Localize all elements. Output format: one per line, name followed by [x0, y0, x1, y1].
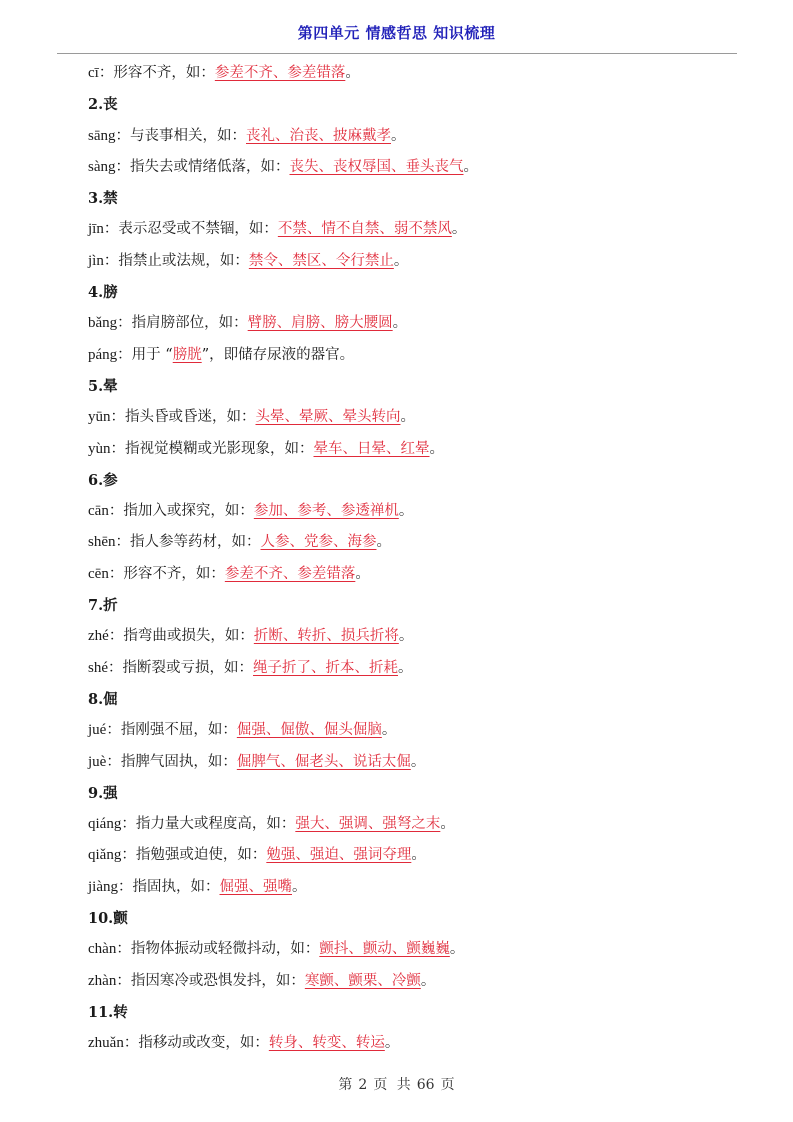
reading-line: sāng：与丧事相关，如：丧礼、治丧、披麻戴孝。: [88, 123, 728, 154]
line-end: 。: [382, 722, 397, 738]
definition: ：指移动或改变，如：: [124, 1035, 269, 1051]
entry-heading: 11.转: [88, 999, 728, 1030]
entry-heading: 6.参: [88, 467, 728, 498]
entry-heading: 4.膀: [88, 279, 728, 310]
examples: 头晕、晕厥、晕头转向: [256, 409, 401, 425]
definition: ：形容不齐，如：: [109, 566, 225, 582]
line-end: 。: [411, 847, 426, 863]
definition: ：指勉强或迫使，如：: [121, 847, 266, 863]
entry-heading: 8.倔: [88, 686, 728, 717]
reading-line: jiàng：指固执，如：倔强、强嘴。: [88, 874, 728, 905]
pinyin: sāng: [88, 128, 116, 144]
examples: 转身、转变、转运: [269, 1035, 385, 1051]
definition: ：指视觉模糊或光影现象，如：: [111, 441, 314, 457]
examples: 颤抖、颤动、颤巍巍: [319, 941, 450, 957]
pinyin: páng: [88, 347, 117, 363]
definition: ：指力量大或程度高，如：: [121, 816, 295, 832]
reading-line: cān：指加入或探究，如：参加、参考、参透禅机。: [88, 498, 728, 529]
pinyin: yùn: [88, 441, 111, 457]
pinyin: jiàng: [88, 879, 118, 895]
examples: 晕车、日晕、红晕: [314, 441, 430, 457]
reading-line: shēn：指人参等药材，如：人参、党参、海参。: [88, 529, 728, 560]
examples: 参加、参考、参透禅机: [254, 503, 399, 519]
reading-line: chàn：指物体振动或轻微抖动，如：颤抖、颤动、颤巍巍。: [88, 936, 728, 967]
current-page: 2: [358, 1077, 367, 1093]
reading-line: yūn：指头昏或昏迷，如：头晕、晕厥、晕头转向。: [88, 404, 728, 435]
definition: ：指头昏或昏迷，如：: [111, 409, 256, 425]
definition: ：指脾气固执，如：: [106, 754, 237, 770]
definition: ：指物体振动或轻微抖动，如：: [116, 941, 319, 957]
pinyin: cān: [88, 503, 109, 519]
footer-suffix: 页: [441, 1077, 455, 1093]
examples: 强大、强调、强弩之末: [295, 816, 440, 832]
entry-heading: 7.折: [88, 592, 728, 623]
reading-line: zhàn：指因寒冷或恐惧发抖，如：寒颤、颤栗、冷颤。: [88, 968, 728, 999]
examples: 丧失、丧权辱国、垂头丧气: [290, 159, 464, 175]
pinyin: cī: [88, 65, 99, 81]
pinyin: jué: [88, 722, 106, 738]
reading-line: jīn：表示忍受或不禁锢，如：不禁、情不自禁、弱不禁风。: [88, 216, 728, 247]
reading-line: páng：用于 “膀胱”，即储存尿液的器官。: [88, 342, 728, 373]
line-end: 。: [398, 660, 413, 676]
line-end: 。: [377, 534, 392, 550]
examples: 参差不齐、参差错落: [225, 566, 356, 582]
pinyin: qiǎng: [88, 847, 121, 863]
line-end: 。: [450, 941, 465, 957]
reading-line: yùn：指视觉模糊或光影现象，如：晕车、日晕、红晕。: [88, 436, 728, 467]
examples: 参差不齐、参差错落: [215, 65, 346, 81]
reading-line: qiǎng：指勉强或迫使，如：勉强、强迫、强词夺理。: [88, 842, 728, 873]
line-end: 。: [399, 628, 414, 644]
definition: ：与丧事相关，如：: [116, 128, 247, 144]
definition: ：形容不齐，如：: [99, 65, 215, 81]
examples: 不禁、情不自禁、弱不禁风: [278, 221, 452, 237]
reading-line: cēn：形容不齐，如：参差不齐、参差错落。: [88, 561, 728, 592]
line-end: 。: [430, 441, 445, 457]
line-end: 。: [393, 315, 408, 331]
examples: 臂膀、肩膀、膀大腰圆: [248, 315, 393, 331]
line-end: 。: [464, 159, 479, 175]
pinyin: bǎng: [88, 315, 117, 331]
definition: ：指因寒冷或恐惧发抖，如：: [116, 973, 305, 989]
line-end: 。: [391, 128, 406, 144]
reading-line: bǎng：指肩膀部位，如：臂膀、肩膀、膀大腰圆。: [88, 310, 728, 341]
line-end: 。: [345, 65, 360, 81]
pinyin: yūn: [88, 409, 111, 425]
definition: ：指刚强不屈，如：: [106, 722, 237, 738]
entry-heading: 2.丧: [88, 91, 728, 122]
examples: 折断、转折、损兵折将: [254, 628, 399, 644]
examples: 绳子折了、折本、折耗: [253, 660, 398, 676]
header-divider: [57, 53, 737, 54]
examples: 倔强、倔傲、倔头倔脑: [237, 722, 382, 738]
line-end: 。: [355, 566, 370, 582]
reading-line: jìn：指禁止或法规，如：禁令、禁区、令行禁止。: [88, 248, 728, 279]
line-end: 。: [421, 973, 436, 989]
entry-heading: 9.强: [88, 780, 728, 811]
line-end: 。: [411, 754, 426, 770]
line-end: 。: [385, 1035, 400, 1051]
examples: 倔脾气、倔老头、说话太倔: [237, 754, 411, 770]
definition: ：指断裂或亏损，如：: [108, 660, 253, 676]
pinyin: qiáng: [88, 816, 121, 832]
examples: 倔强、强嘴: [220, 879, 293, 895]
pinyin: juè: [88, 754, 106, 770]
definition: ：指加入或探究，如：: [109, 503, 254, 519]
pinyin: cēn: [88, 566, 109, 582]
entry-heading: 5.晕: [88, 373, 728, 404]
definition: ：表示忍受或不禁锢，如：: [104, 221, 278, 237]
pinyin: zhàn: [88, 973, 116, 989]
definition: ：指肩膀部位，如：: [117, 315, 248, 331]
footer-prefix: 第: [338, 1077, 352, 1093]
line-end: 。: [292, 879, 307, 895]
entries-list: 2.丧sāng：与丧事相关，如：丧礼、治丧、披麻戴孝。sàng：指失去或情绪低落…: [88, 91, 728, 1061]
page-footer: 第2页 共66页: [0, 1074, 793, 1094]
definition: ：指失去或情绪低落，如：: [116, 159, 290, 175]
pinyin: sàng: [88, 159, 116, 175]
definition: ：用于 “: [117, 347, 173, 363]
page-header-title: 第四单元 情感哲思 知识梳理: [0, 22, 793, 43]
reading-line: zhuǎn：指移动或改变，如：转身、转变、转运。: [88, 1030, 728, 1061]
entry-heading: 10.颤: [88, 905, 728, 936]
document-body: cī：形容不齐，如：参差不齐、参差错落。 2.丧sāng：与丧事相关，如：丧礼、…: [88, 60, 728, 1062]
examples: 禁令、禁区、令行禁止: [249, 253, 394, 269]
line-end: 。: [399, 503, 414, 519]
reading-line: sàng：指失去或情绪低落，如：丧失、丧权辱国、垂头丧气。: [88, 154, 728, 185]
pinyin: jīn: [88, 221, 104, 237]
examples: 寒颤、颤栗、冷颤: [305, 973, 421, 989]
pinyin: zhuǎn: [88, 1035, 124, 1051]
reading-line: qiáng：指力量大或程度高，如：强大、强调、强弩之末。: [88, 811, 728, 842]
definition: ：指人参等药材，如：: [116, 534, 261, 550]
pinyin: jìn: [88, 253, 104, 269]
examples: 人参、党参、海参: [261, 534, 377, 550]
definition: ：指固执，如：: [118, 879, 220, 895]
pinyin: shé: [88, 660, 108, 676]
definition: ：指禁止或法规，如：: [104, 253, 249, 269]
examples: 丧礼、治丧、披麻戴孝: [246, 128, 391, 144]
pinyin: zhé: [88, 628, 109, 644]
reading-line: cī：形容不齐，如：参差不齐、参差错落。: [88, 60, 728, 91]
line-end: 。: [452, 221, 467, 237]
entry-heading: 3.禁: [88, 185, 728, 216]
line-end: 。: [401, 409, 416, 425]
line-end: ”，即储存尿液的器官。: [202, 347, 354, 363]
examples: 勉强、强迫、强词夺理: [266, 847, 411, 863]
reading-line: shé：指断裂或亏损，如：绳子折了、折本、折耗。: [88, 655, 728, 686]
footer-middle: 页 共: [373, 1077, 410, 1093]
reading-line: zhé：指弯曲或损失，如：折断、转折、损兵折将。: [88, 623, 728, 654]
examples: 膀胱: [173, 347, 202, 363]
pinyin: shēn: [88, 534, 116, 550]
reading-line: juè：指脾气固执，如：倔脾气、倔老头、说话太倔。: [88, 749, 728, 780]
reading-line: jué：指刚强不屈，如：倔强、倔傲、倔头倔脑。: [88, 717, 728, 748]
definition: ：指弯曲或损失，如：: [109, 628, 254, 644]
line-end: 。: [440, 816, 455, 832]
line-end: 。: [394, 253, 409, 269]
pinyin: chàn: [88, 941, 116, 957]
total-pages: 66: [417, 1077, 435, 1093]
